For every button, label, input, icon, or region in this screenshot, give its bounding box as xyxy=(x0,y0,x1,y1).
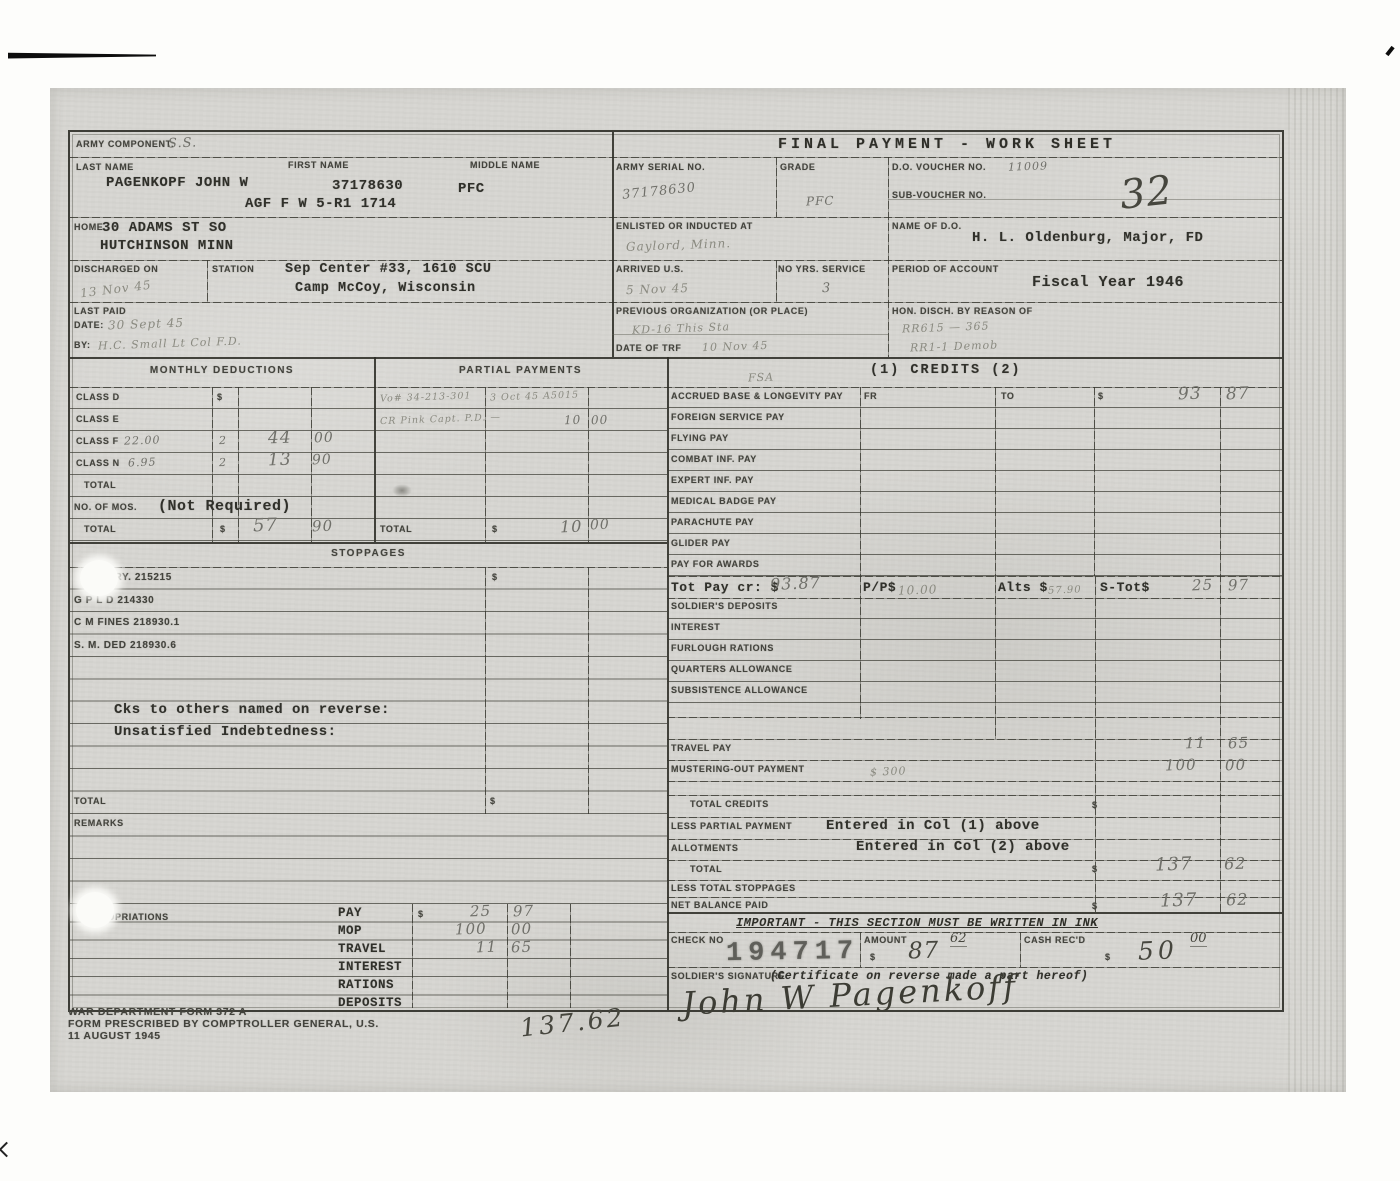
class-f-mos: 2 xyxy=(219,434,227,447)
less-stoppages-label: LESS TOTAL STOPPAGES xyxy=(671,883,796,893)
rule-v xyxy=(612,132,614,357)
no-of-mos-value: (Not Required) xyxy=(158,498,291,515)
rule-v xyxy=(412,904,413,1008)
stoppage-sm-ded: S. M. DED 218930.6 xyxy=(74,640,177,651)
discharged-label: DISCHARGED ON xyxy=(74,264,158,274)
service-label: NO YRS. SERVICE xyxy=(778,264,866,274)
scan-artifact-bar xyxy=(8,52,156,59)
rule-v xyxy=(238,387,239,542)
army-component-label: ARMY COMPONENT: xyxy=(76,139,174,149)
last-paid-label: LAST PAID xyxy=(74,306,126,316)
home-line1: 30 ADAMS ST SO xyxy=(102,220,227,236)
net-balance-dollars: 137 xyxy=(1160,889,1198,911)
serial-typed-value: 37178630 xyxy=(332,178,403,194)
rule-h xyxy=(667,912,1282,914)
rule-h xyxy=(70,157,1282,158)
rule-rows xyxy=(374,387,667,541)
credit-row-quarters: QUARTERS ALLOWANCE xyxy=(671,664,792,674)
scan-artifact-chevron xyxy=(0,1142,14,1158)
rule-v xyxy=(485,387,486,542)
first-name-label: FIRST NAME xyxy=(288,160,349,170)
deductions-grand-dollars: 57 xyxy=(253,515,279,537)
rule-v xyxy=(570,904,571,1008)
cash-recd-dollar: $ xyxy=(1105,952,1111,962)
partial-row2-cents: 00 xyxy=(591,413,609,428)
approp-travel-cents: 65 xyxy=(511,938,533,957)
rule-h xyxy=(667,576,1282,577)
class-n-mos: 2 xyxy=(219,456,227,469)
approp-mop-label: MOP xyxy=(338,924,362,938)
credits-dollar: $ xyxy=(1098,391,1104,401)
allotments-note: Entered in Col (2) above xyxy=(856,839,1070,855)
credits-total-dollars: 137 xyxy=(1155,853,1193,875)
approp-mop-cents: 00 xyxy=(511,920,533,939)
rule-v xyxy=(1020,932,1021,967)
tot-pay-cr-label: Tot Pay cr: $ xyxy=(671,580,779,595)
rule-h xyxy=(70,260,1282,261)
station-line2: Camp McCoy, Wisconsin xyxy=(295,281,476,296)
grade-value: PFC xyxy=(806,194,835,209)
mustering-out-label: MUSTERING-OUT PAYMENT xyxy=(671,764,805,774)
credit-row-interest: INTEREST xyxy=(671,622,720,632)
prev-org-label: PREVIOUS ORGANIZATION (OR PLACE) xyxy=(616,306,808,316)
cash-recd-cents-sup: 00 xyxy=(1190,931,1207,947)
credit-row-parachute: PARACHUTE PAY xyxy=(671,517,754,527)
credit-row-awards: PAY FOR AWARDS xyxy=(671,559,759,569)
grade-typed-value: PFC xyxy=(458,181,485,197)
credit-row-glider: GLIDER PAY xyxy=(671,538,731,548)
no-of-mos-label: NO. OF MOS. xyxy=(74,502,137,512)
allotments-label: ALLOTMENTS xyxy=(671,843,739,853)
grade-label: GRADE xyxy=(780,162,816,172)
rule-v xyxy=(507,904,508,1008)
approp-pay-dollars: 25 xyxy=(470,902,492,921)
rule-v xyxy=(212,387,213,542)
credit-row-combat: COMBAT INF. PAY xyxy=(671,454,757,464)
approp-dollar: $ xyxy=(418,909,424,919)
rule-h xyxy=(70,302,1282,303)
rule-h xyxy=(70,357,1282,359)
home-line2: HUTCHINSON MINN xyxy=(100,238,234,254)
check-no-label: CHECK NO xyxy=(671,935,724,945)
approp-deposits-label: DEPOSITS xyxy=(338,996,402,1010)
date-trf-label: DATE OF TRF xyxy=(616,343,681,353)
unsatisfied-line: Unsatisfied Indebtedness: xyxy=(114,724,337,740)
less-partial-note: Entered in Col (1) above xyxy=(826,818,1040,834)
worksheet-form: ARMY COMPONENT: S.S. FINAL PAYMENT - WOR… xyxy=(68,130,1284,1012)
travel-pay-cents: 65 xyxy=(1228,734,1250,753)
hon-disch-line2: RR1-1 Demob xyxy=(910,338,999,354)
amount-cents-sup: 62 xyxy=(950,931,967,947)
credit-row-expert: EXPERT INF. PAY xyxy=(671,475,754,485)
last-name-label: LAST NAME xyxy=(76,162,134,172)
scan-artifact-mark xyxy=(1385,46,1394,56)
org-line-value: AGF F W 5-R1 1714 xyxy=(245,196,396,212)
amount-label: AMOUNT xyxy=(864,935,907,945)
cks-to-others-line: Cks to others named on reverse: xyxy=(114,702,390,718)
stoppage-cm-fines: C M FINES 218930.1 xyxy=(74,617,180,628)
approp-rations-label: RATIONS xyxy=(338,978,394,992)
partial-total-cents: 00 xyxy=(590,517,610,534)
paper: ARMY COMPONENT: S.S. FINAL PAYMENT - WOR… xyxy=(50,88,1346,1092)
pp-value: 10.00 xyxy=(898,582,938,597)
net-balance-label: NET BALANCE PAID xyxy=(671,900,768,910)
mustering-out-cents: 00 xyxy=(1225,756,1247,775)
rule-rows xyxy=(70,814,667,904)
date-label: DATE: xyxy=(74,320,104,330)
remarks-label: REMARKS xyxy=(74,818,124,828)
credits-total-cents: 62 xyxy=(1224,854,1247,874)
rule-h xyxy=(70,217,1282,218)
amount-dollars: 87 xyxy=(908,937,940,964)
discharged-value: 13 Nov 45 xyxy=(79,278,152,301)
service-value: 3 xyxy=(822,281,832,296)
pp-label: P/P$ xyxy=(863,580,896,595)
enlisted-label: ENLISTED OR INDUCTED AT xyxy=(616,221,753,231)
punch-hole xyxy=(76,892,114,928)
less-partial-label: LESS PARTIAL PAYMENT xyxy=(671,821,792,831)
total-credits-label: TOTAL CREDITS xyxy=(690,799,769,809)
rule-h xyxy=(667,880,1282,881)
accrued-dollars: 93 xyxy=(1178,384,1202,405)
name-value: PAGENKOPF JOHN W xyxy=(106,175,248,191)
punch-hole xyxy=(80,560,118,596)
rule-h xyxy=(667,717,1282,718)
tot-pay-cr-value: 93.87 xyxy=(770,573,821,594)
amount-dollar: $ xyxy=(870,952,876,962)
partial-total-dollars: 10 xyxy=(560,517,583,537)
rule-v xyxy=(207,260,208,302)
credit-row-medical: MEDICAL BADGE PAY xyxy=(671,496,777,506)
army-serial-value: 37178630 xyxy=(621,180,696,203)
class-n-label: CLASS N xyxy=(76,458,120,468)
credit-row-foreign: FOREIGN SERVICE PAY xyxy=(671,412,785,422)
s-tot-cents: 97 xyxy=(1228,576,1250,595)
sub-voucher-label: SUB-VOUCHER NO. xyxy=(892,190,987,200)
class-d-dollar: $ xyxy=(217,392,223,402)
station-label: STATION xyxy=(212,264,254,274)
credit-row-deposits: SOLDIER'S DEPOSITS xyxy=(671,601,778,611)
fr-label: FR xyxy=(864,391,877,401)
arrived-label: ARRIVED U.S. xyxy=(616,264,684,274)
approp-travel-label: TRAVEL xyxy=(338,942,386,956)
credits-total-label: TOTAL xyxy=(690,864,722,874)
do-voucher-value: 11009 xyxy=(1008,159,1048,173)
rule-rows xyxy=(70,567,667,814)
credits-title: (1) CREDITS (2) xyxy=(870,363,1022,378)
do-voucher-label: D.O. VOUCHER NO. xyxy=(892,162,986,172)
stoppage-gpld: G P L D 214330 xyxy=(74,595,154,606)
deductions-total-label: TOTAL xyxy=(84,480,116,490)
home-label: HOME xyxy=(74,222,103,232)
stoppages-total-label: TOTAL xyxy=(74,796,106,806)
to-label: TO xyxy=(1001,391,1015,401)
footer-form-number: WAR DEPARTMENT FORM 372 A xyxy=(68,1006,247,1018)
scanned-document-page: { "header": { "army_component_label": "A… xyxy=(0,0,1400,1181)
scan-smudge xyxy=(392,484,412,497)
net-balance-dollar: $ xyxy=(1092,901,1098,911)
rule-v xyxy=(776,157,777,217)
credits-note: FSA xyxy=(748,371,775,385)
station-line1: Sep Center #33, 1610 SCU xyxy=(285,262,491,277)
deductions-title: MONTHLY DEDUCTIONS xyxy=(70,365,374,376)
stoppages-total-dollar: $ xyxy=(490,796,496,806)
class-n-cents: 90 xyxy=(312,452,332,469)
deductions-grand-cents: 90 xyxy=(312,517,334,536)
s-tot-dollars: 25 xyxy=(1192,576,1214,595)
approp-interest-label: INTEREST xyxy=(338,960,402,974)
approp-mop-dollars: 100 xyxy=(455,919,487,938)
rule-v xyxy=(776,260,777,302)
cash-recd-dollars: 50 xyxy=(1138,935,1179,965)
rule-v xyxy=(1094,387,1095,576)
footer-date: 11 AUGUST 1945 xyxy=(68,1030,161,1042)
approp-pay-cents: 97 xyxy=(513,902,535,921)
rule-h xyxy=(667,795,1282,796)
class-e-label: CLASS E xyxy=(76,414,119,424)
rule-h xyxy=(70,542,667,544)
class-f-rate: 22.00 xyxy=(124,433,161,447)
partial-total-label: TOTAL xyxy=(380,524,412,534)
class-n-rate: 6.95 xyxy=(128,456,157,470)
sub-voucher-value: 32 xyxy=(1118,167,1175,218)
rule-v xyxy=(588,567,589,814)
travel-pay-label: TRAVEL PAY xyxy=(671,743,732,753)
arrived-value: 5 Nov 45 xyxy=(626,281,689,297)
by-label: BY: xyxy=(74,340,91,350)
partial-title: PARTIAL PAYMENTS xyxy=(374,365,667,376)
alts-label: Alts $ xyxy=(998,580,1048,595)
middle-name-label: MIDDLE NAME xyxy=(470,160,540,170)
rule-v xyxy=(860,932,861,967)
mustering-out-dollars: 100 xyxy=(1165,755,1197,774)
credit-row-subsistence: SUBSISTENCE ALLOWANCE xyxy=(671,685,808,695)
army-component-value: S.S. xyxy=(168,135,198,151)
enlisted-value: Gaylord, Minn. xyxy=(626,236,731,254)
date-value: 30 Sept 45 xyxy=(108,316,184,333)
total-credits-dollar: $ xyxy=(1092,800,1098,810)
alts-value: 57.90 xyxy=(1048,584,1082,596)
credit-row-furlough: FURLOUGH RATIONS xyxy=(671,643,774,653)
ink-banner: IMPORTANT - THIS SECTION MUST BE WRITTEN… xyxy=(667,916,1167,930)
army-serial-label: ARMY SERIAL NO. xyxy=(616,162,705,172)
credit-row-flying: FLYING PAY xyxy=(671,433,729,443)
rule-v xyxy=(485,567,486,814)
rule-h xyxy=(667,781,1282,782)
footer-prescribed: FORM PRESCRIBED BY COMPTROLLER GENERAL, … xyxy=(68,1018,379,1030)
date-trf-value: 10 Nov 45 xyxy=(702,339,769,354)
rule-v xyxy=(888,157,889,357)
credits-total-dollar: $ xyxy=(1092,864,1098,874)
approp-pay-label: PAY xyxy=(338,906,362,920)
stoppage-dollar: $ xyxy=(492,572,498,582)
class-n-dollars: 13 xyxy=(268,450,292,471)
travel-pay-dollars: 11 xyxy=(1185,734,1207,753)
s-tot-label: S-Tot$ xyxy=(1100,580,1150,595)
class-f-dollars: 44 xyxy=(268,428,292,449)
class-d-label: CLASS D xyxy=(76,392,120,402)
accrued-cents: 87 xyxy=(1226,384,1250,405)
accrued-pay-label: ACCRUED BASE & LONGEVITY PAY xyxy=(671,391,843,401)
hon-disch-label: HON. DISCH. BY REASON OF xyxy=(892,306,1033,316)
by-value: H.C. Small Lt Col F.D. xyxy=(98,334,242,352)
mustering-out-note: $ 300 xyxy=(870,764,907,778)
do-name-label: NAME OF D.O. xyxy=(892,221,962,231)
cash-recd-label: CASH REC'D xyxy=(1024,935,1086,945)
stoppages-title: STOPPAGES xyxy=(70,548,667,559)
deductions-grand-dollar: $ xyxy=(220,524,226,534)
approp-travel-dollars: 11 xyxy=(476,938,498,957)
period-value: Fiscal Year 1946 xyxy=(1032,274,1184,291)
class-f-cents: 00 xyxy=(314,430,334,447)
class-f-label: CLASS F xyxy=(76,436,119,446)
partial-total-dollar: $ xyxy=(492,524,498,534)
deductions-grand-total-label: TOTAL xyxy=(84,524,116,534)
do-name-value: H. L. Oldenburg, Major, FD xyxy=(972,230,1203,246)
hon-disch-line1: RR615 — 365 xyxy=(902,319,990,335)
period-label: PERIOD OF ACCOUNT xyxy=(892,264,999,274)
form-title: FINAL PAYMENT - WORK SHEET xyxy=(612,136,1282,153)
partial-row2-dollars: 10 xyxy=(564,413,582,428)
check-no-stamp: 194717 xyxy=(726,937,860,969)
net-balance-cents: 62 xyxy=(1226,890,1249,910)
